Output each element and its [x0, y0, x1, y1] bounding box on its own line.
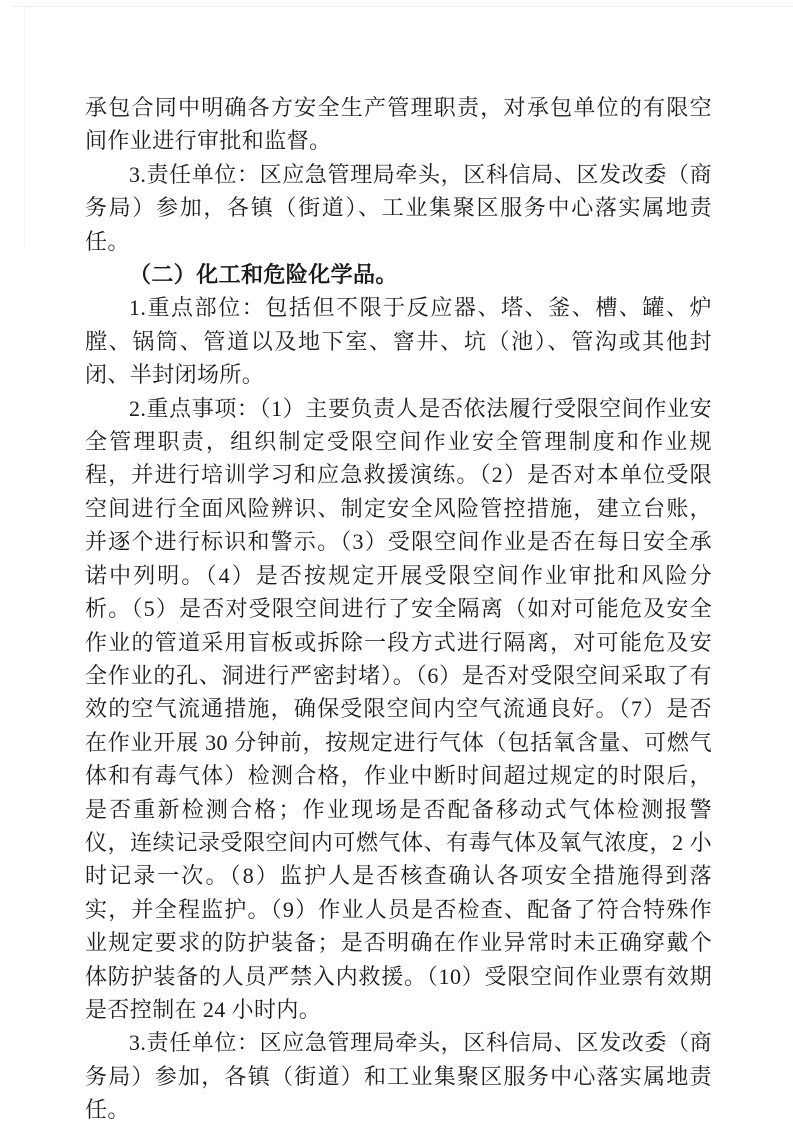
paragraph-responsible-unit-1: 3.责任单位：区应急管理局牵头，区科信局、区发改委（商务局）参加，各镇（街道）、…	[85, 158, 712, 258]
paragraph-key-locations: 1.重点部位：包括但不限于反应器、塔、釜、槽、罐、炉膛、锅筒、管道以及地下室、窨…	[85, 291, 712, 391]
document-body: 承包合同中明确各方安全生产管理职责，对承包单位的有限空间作业进行审批和监督。 3…	[85, 91, 712, 1122]
section-heading-chemicals: （二）化工和危险化学品。	[85, 258, 712, 291]
document-page: 承包合同中明确各方安全生产管理职责，对承包单位的有限空间作业进行审批和监督。 3…	[0, 0, 793, 1122]
paragraph-continuation: 承包合同中明确各方安全生产管理职责，对承包单位的有限空间作业进行审批和监督。	[85, 91, 712, 158]
paragraph-responsible-unit-2: 3.责任单位：区应急管理局牵头，区科信局、区发改委（商务局）参加，各镇（街道）和…	[85, 1026, 712, 1122]
paragraph-key-items: 2.重点事项：（1）主要负责人是否依法履行受限空间作业安全管理职责，组织制定受限…	[85, 392, 712, 1027]
